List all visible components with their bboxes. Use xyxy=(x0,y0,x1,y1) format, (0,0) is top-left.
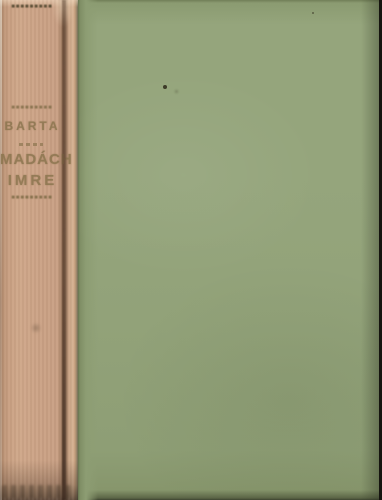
cover-small-speck xyxy=(312,12,314,14)
spine-ornament-band-middle: ■■■■■■■■■ xyxy=(1,103,63,113)
spine-hinge-groove xyxy=(62,0,66,500)
cover-faint-speck xyxy=(175,90,178,93)
spine-ornament-band-bottom: ■■■■■■■■■ xyxy=(1,193,63,203)
book-spine: ■■■■■■■■■ ■■■■■■■■■ BARTA MADÁCH IMRE ■■… xyxy=(0,0,78,500)
cover-dark-speck xyxy=(163,85,167,89)
spine-left-edge-highlight xyxy=(0,0,2,500)
spine-title-line2: IMRE xyxy=(0,172,62,189)
spine-stain-smudge xyxy=(30,323,42,333)
spine-divider-ornament xyxy=(19,143,43,146)
book-front-cover xyxy=(78,0,379,500)
book-photo: ■■■■■■■■■ ■■■■■■■■■ BARTA MADÁCH IMRE ■■… xyxy=(0,0,382,500)
spine-ornament-band-top: ■■■■■■■■■ xyxy=(1,2,63,12)
spine-author-name: BARTA xyxy=(0,119,62,133)
spine-title-line1: MADÁCH xyxy=(0,151,62,168)
